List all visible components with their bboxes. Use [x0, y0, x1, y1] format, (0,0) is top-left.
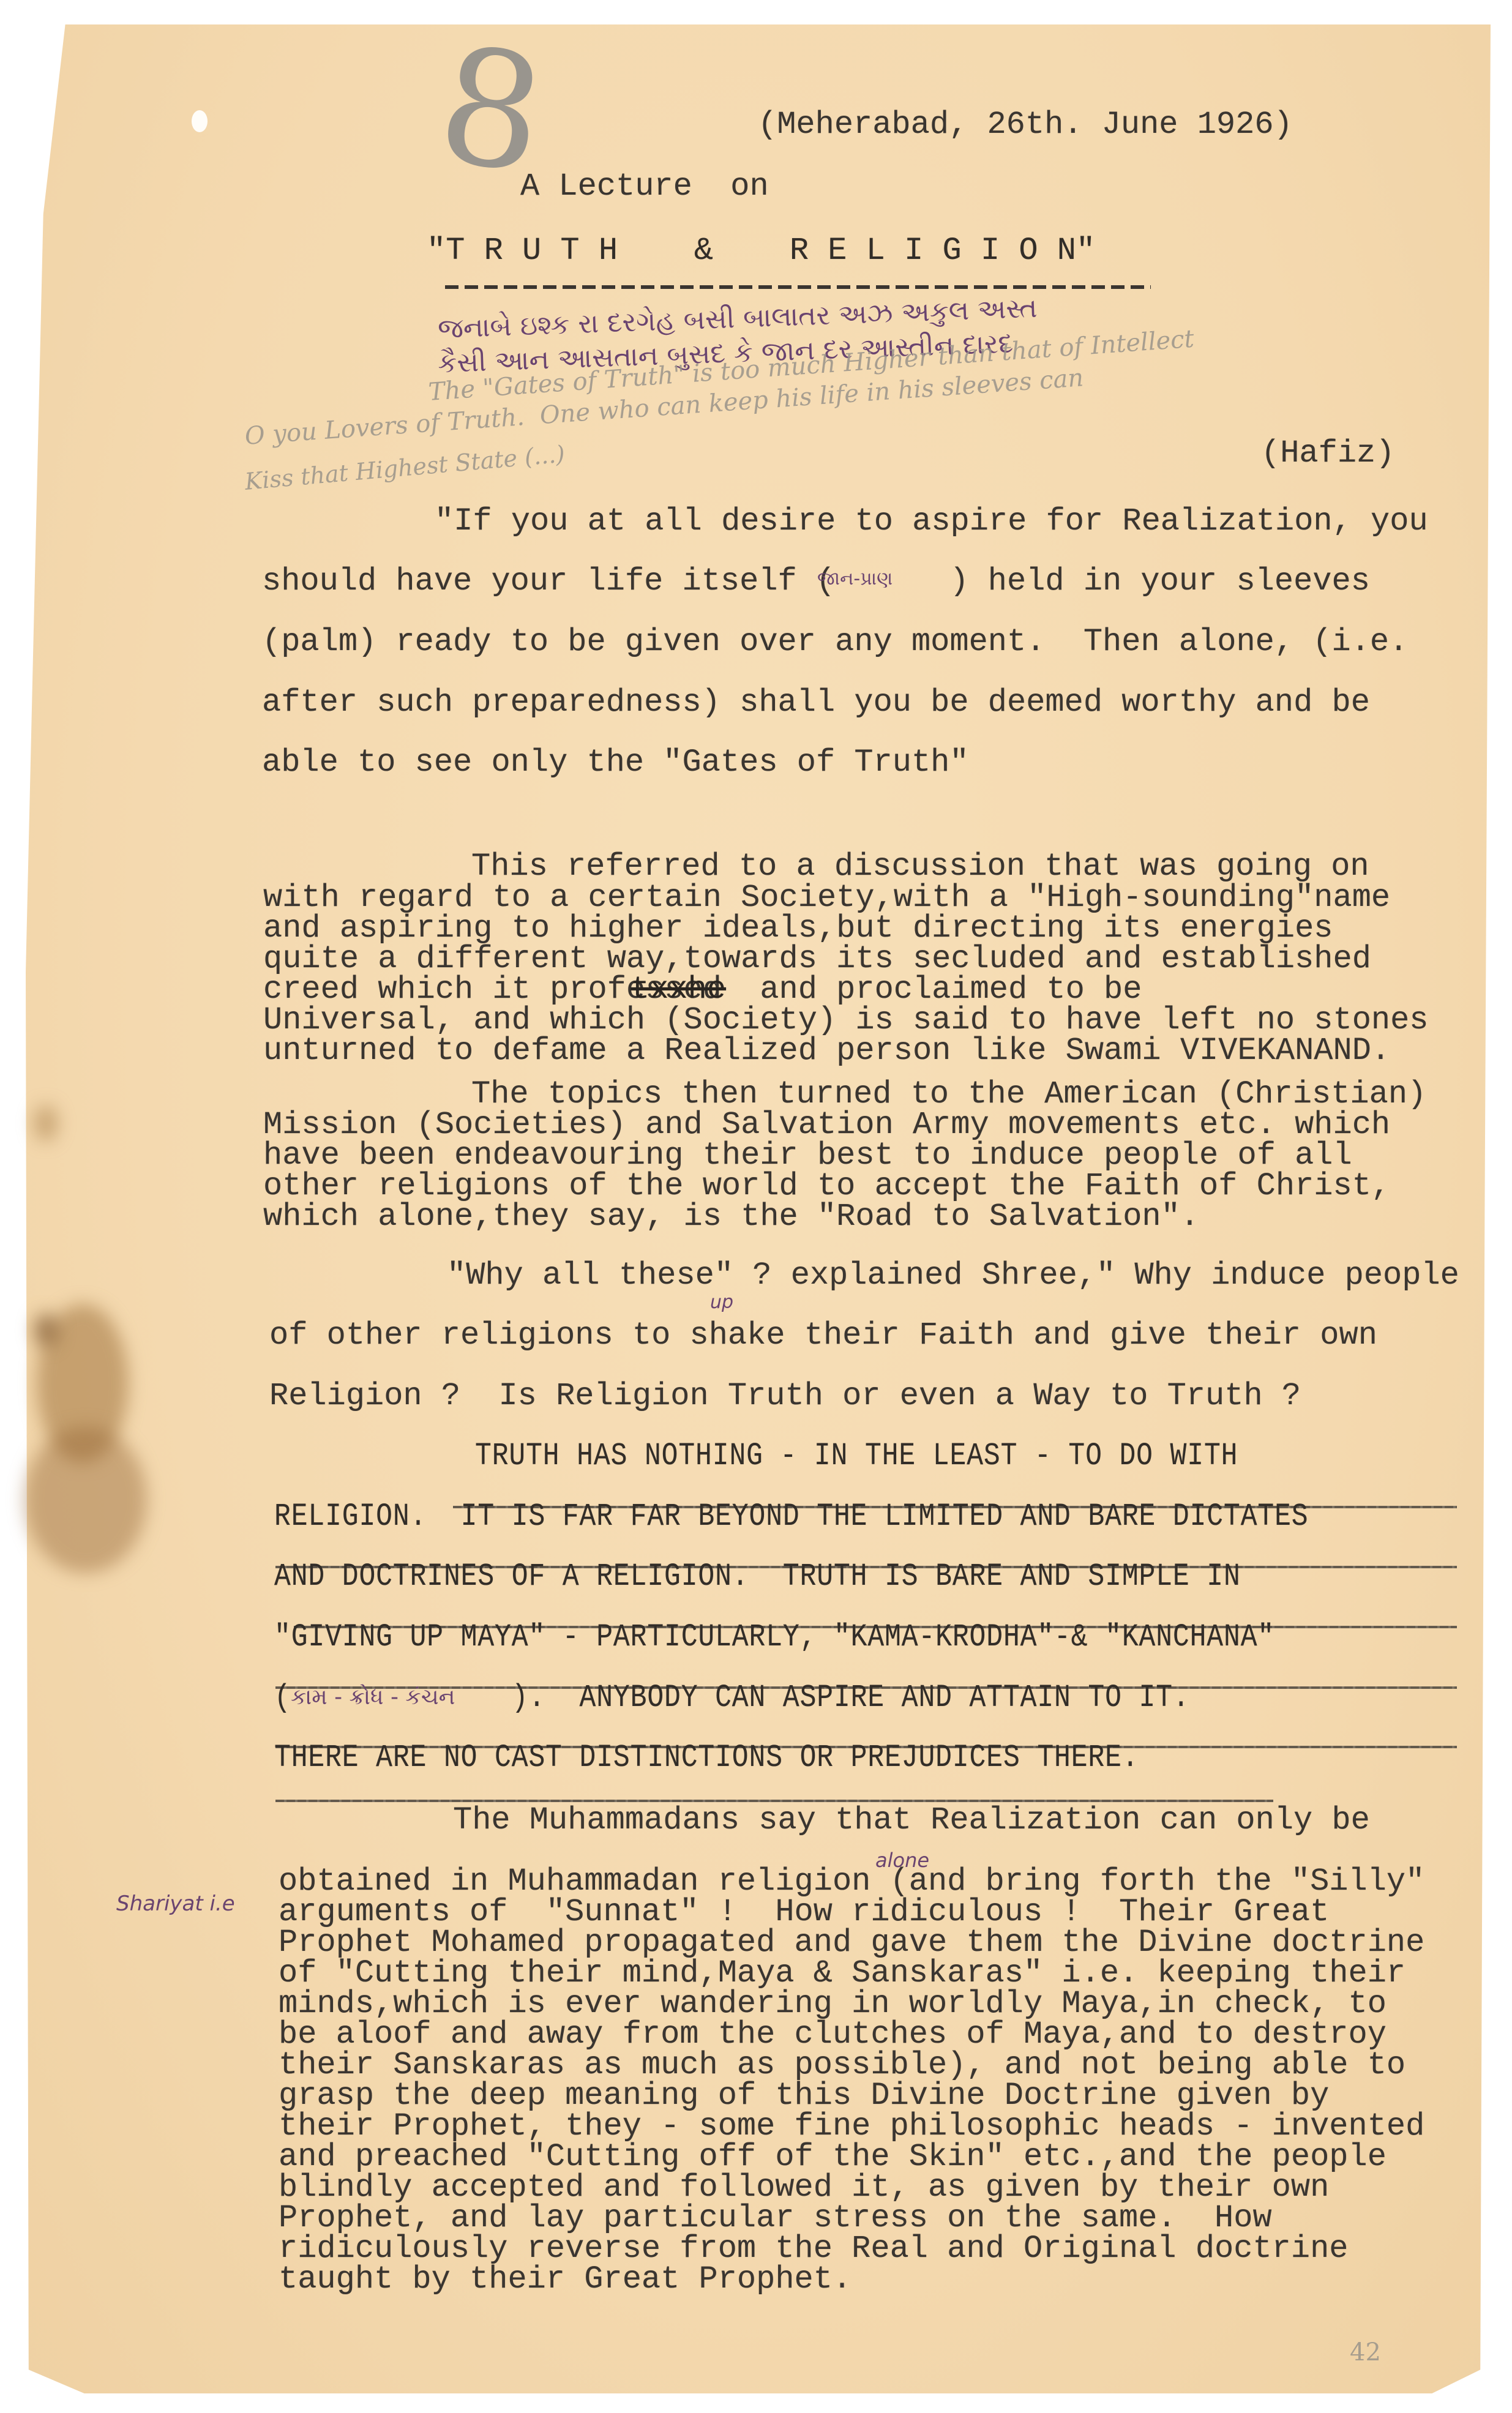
missions-line: The topics then turned to the American (… — [471, 1079, 1426, 1110]
society-line: with regard to a certain Society,with a … — [263, 882, 1390, 914]
society-line: quite a different way,towards its seclud… — [263, 943, 1371, 975]
muhammadans-line: their Prophet, they - some fine philosop… — [279, 2111, 1424, 2142]
muhammadans-line: obtained in Muhammadan religion (and bri… — [279, 1866, 1424, 1898]
quote-line: should have your life itself ( ) held in… — [262, 566, 1370, 597]
title-rule — [445, 285, 1151, 289]
missions-line: Mission (Societies) and Salvation Army m… — [263, 1109, 1390, 1141]
struck-out-word: txxhe — [631, 974, 726, 1006]
caps-line: THERE ARE NO CAST DISTINCTIONS OR PREJUD… — [274, 1742, 1139, 1774]
quote-line: (palm) ready to be given over any moment… — [262, 626, 1408, 658]
shree-line: "Why all these" ? explained Shree," Why … — [447, 1260, 1459, 1292]
muhammadans-line: taught by their Great Prophet. — [279, 2264, 851, 2295]
muhammadans-line: minds,which is ever wandering in worldly… — [279, 1988, 1387, 2020]
quote-line: after such preparedness) shall you be de… — [262, 687, 1370, 719]
muhammadans-line: grasp the deep meaning of this Divine Do… — [279, 2080, 1329, 2112]
muhammadans-line: arguments of "Sunnat" ! How ridiculous !… — [279, 1896, 1329, 1928]
insert-up: up — [710, 1292, 733, 1313]
quote-line: able to see only the "Gates of Truth" — [262, 747, 969, 779]
muhammadans-line: The Muhammadans say that Realization can… — [453, 1805, 1370, 1836]
paper-hole — [192, 110, 208, 132]
society-line: and aspiring to higher ideals,but direct… — [263, 913, 1333, 945]
inline-gujarati-jan-pran: જાન-પ્રાણ — [817, 568, 893, 589]
muhammadans-line: be aloof and away from the clutches of M… — [279, 2019, 1387, 2051]
water-stain — [34, 1105, 58, 1142]
missions-line: have been endeavouring their best to ind… — [263, 1140, 1352, 1172]
place-date: (Meherabad, 26th. June 1926) — [758, 109, 1293, 141]
muhammadans-line: and preached "Cutting off of the Skin" e… — [279, 2141, 1387, 2173]
inline-gujarati-kama-krodha-kanchana: કામ - ક્રોધ - કંચન — [291, 1685, 455, 1710]
muhammadans-line: Prophet Mohamed propagated and gave them… — [279, 1927, 1424, 1959]
hafiz-attribution: (Hafiz) — [1261, 438, 1394, 470]
society-line: unturned to defame a Realized person lik… — [263, 1035, 1390, 1067]
caps-line: RELIGION. IT IS FAR FAR BEYOND THE LIMIT… — [274, 1501, 1308, 1533]
water-stain — [24, 1426, 147, 1573]
shree-line: of other religions to shake their Faith … — [269, 1320, 1377, 1352]
caps-line: "GIVING UP MAYA" - PARTICULARLY, "KAMA-K… — [274, 1622, 1274, 1653]
quote-line: "If you at all desire to aspire for Real… — [435, 506, 1428, 537]
lecture-subtitle: A Lecture on — [520, 171, 769, 203]
missions-line: other religions of the world to accept t… — [263, 1170, 1390, 1202]
missions-line: which alone,they say, is the "Road to Sa… — [263, 1201, 1199, 1233]
water-stain — [34, 1313, 58, 1347]
caps-line: AND DOCTRINES OF A RELIGION. TRUTH IS BA… — [274, 1561, 1241, 1593]
muhammadans-line: ridiculously reverse from the Real and O… — [279, 2233, 1348, 2265]
society-line: Universal, and which (Society) is said t… — [263, 1004, 1429, 1036]
muhammadans-line: blindly accepted and followed it, as giv… — [279, 2172, 1329, 2204]
shree-line: Religion ? Is Religion Truth or even a W… — [269, 1380, 1301, 1412]
lecture-title: "T R U T H & R E L I G I O N" — [427, 235, 1095, 267]
muhammadans-line: their Sanskaras as much as possible), an… — [279, 2049, 1405, 2081]
muhammadans-line: Prophet, and lay particular stress on th… — [279, 2202, 1272, 2234]
society-line: This referred to a discussion that was g… — [471, 851, 1369, 883]
muhammadans-line: of "Cutting their mind,Maya & Sanskaras"… — [279, 1958, 1405, 1989]
caps-line: TRUTH HAS NOTHING - IN THE LEAST - TO DO… — [475, 1440, 1238, 1472]
margin-note-shariyat: Shariyat i.e — [116, 1891, 235, 1916]
page-number: 42 — [1350, 2338, 1381, 2366]
